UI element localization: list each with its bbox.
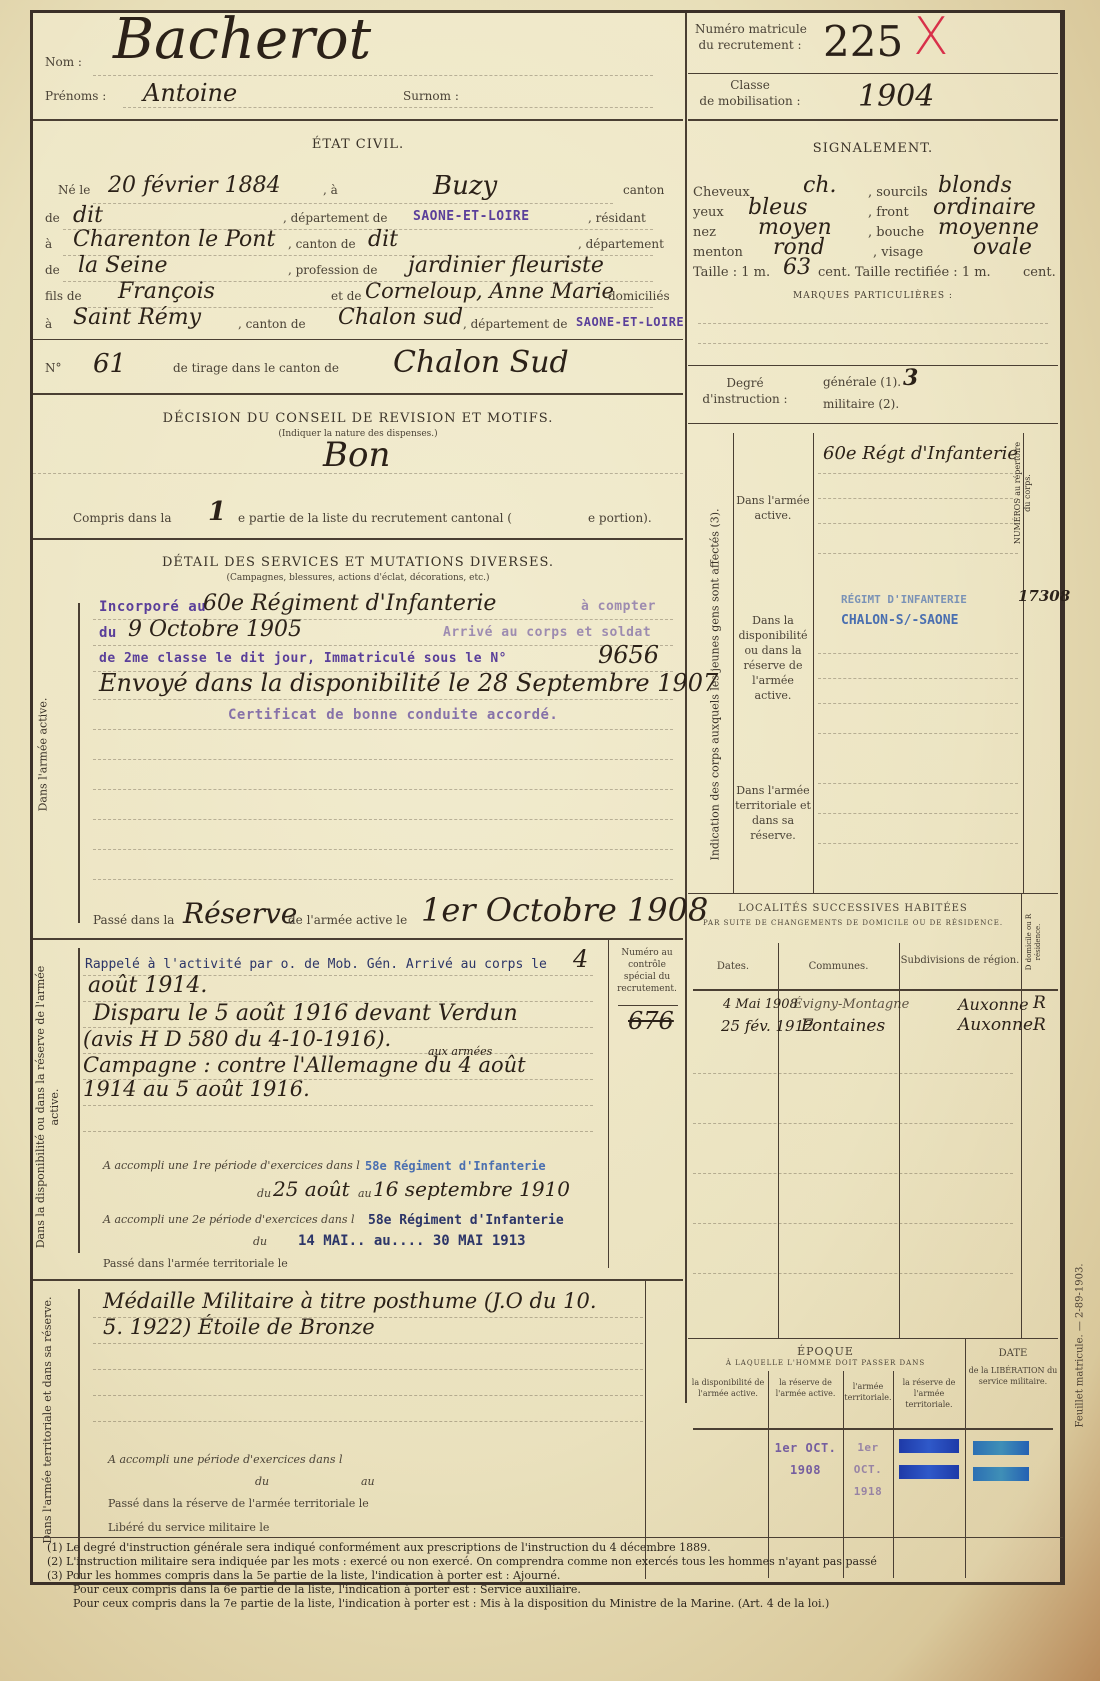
- service-line2-hw: 9 Octobre 1905: [128, 617, 302, 642]
- campagne-line2: 1914 au 5 août 1916.: [83, 1077, 310, 1101]
- instruction-label-2: d'instruction :: [695, 391, 795, 407]
- registre-matricule-sheet: Nom : Bacherot Prénoms : Antoine Surnom …: [30, 10, 1065, 1585]
- cent2-label: cent.: [1023, 265, 1056, 280]
- footnote-1: (1) Le degré d'instruction générale sera…: [47, 1541, 877, 1555]
- epoque-col-disponibilite: la disponibilité de l'armée active.: [688, 1377, 768, 1399]
- libere-label: Libéré du service militaire le: [108, 1521, 269, 1534]
- surnom-label: Surnom :: [403, 89, 459, 103]
- partie-value: 1: [208, 497, 226, 527]
- epoque-title: ÉPOQUE: [688, 1345, 963, 1358]
- redaction-bar: [973, 1467, 1029, 1481]
- instruction-generale-value: 3: [903, 365, 918, 391]
- localites-subtitle: PAR SUITE DE CHANGEMENTS DE DOMICILE OU …: [688, 919, 1018, 927]
- localites-title: LOCALITÉS SUCCESSIVES HABITÉES: [688, 903, 1018, 914]
- tirage-number: 61: [93, 349, 126, 379]
- footnote-2: (2) L'instruction militaire sera indiqué…: [47, 1555, 877, 1569]
- rappel-day: 4: [573, 945, 588, 973]
- nez-label: nez: [693, 225, 716, 240]
- corps-side-label: Indication des corps auxquels les jeunes…: [709, 475, 722, 895]
- passe-reserve-label: Passé dans la: [93, 913, 174, 927]
- no-label: N°: [45, 361, 62, 375]
- prenoms-label: Prénoms :: [45, 89, 106, 103]
- profession-value: jardinier fleuriste: [408, 253, 604, 278]
- periode2-stamp: 58e Régiment d'Infanterie: [368, 1213, 564, 1228]
- classe-label-2: de mobilisation :: [695, 93, 805, 109]
- departement3-stamp: SAONE-ET-LOIRE: [576, 315, 684, 329]
- corps-dispo-stamp-2: CHALON-S/-SAONE: [841, 613, 958, 628]
- service-line3-hw: 9656: [598, 641, 659, 669]
- service-line1-stamp-end: à compter: [581, 599, 656, 614]
- localite-subdivision: Auxonne: [958, 995, 1029, 1014]
- disparu-line: Disparu le 5 août 1916 devant Verdun: [93, 1001, 518, 1026]
- ne-le-label: Né le: [58, 183, 90, 197]
- side-label-territoriale: Dans l'armée territoriale et dans sa rés…: [41, 1295, 55, 1545]
- menton-label: menton: [693, 245, 743, 260]
- mother-name: Corneloup, Anne Marie: [365, 279, 614, 303]
- service-line2-stamp-end: Arrivé au corps et soldat: [443, 625, 651, 640]
- periode1-au: 16 septembre 1910: [373, 1177, 570, 1201]
- periode2-label: A accompli une 2e période d'exercices da…: [103, 1213, 355, 1226]
- corps-active-label: Dans l'armée active.: [733, 493, 813, 523]
- localites-col-communes: Communes.: [778, 961, 899, 972]
- birth-date: 20 février 1884: [108, 173, 281, 198]
- numero-controle-label: Numéro au contrôle spécial du recrutemen…: [611, 947, 683, 995]
- margin-print: Feuillet matricule. — 2-89-1903.: [1075, 1216, 1086, 1476]
- departement-stamp: SAONE-ET-LOIRE: [413, 209, 530, 224]
- matricule-label-2: du recrutement :: [695, 37, 805, 53]
- service-line2-stamp: du: [99, 625, 117, 641]
- footnote-3: (3) Pour les hommes compris dans la 5e p…: [47, 1569, 877, 1583]
- taille-cm: 63: [783, 255, 811, 280]
- periode1-du-label: du: [257, 1187, 271, 1200]
- decision-title: DÉCISION DU CONSEIL DE REVISION ET MOTIF…: [33, 411, 683, 426]
- periode1-label: A accompli une 1re période d'exercices d…: [103, 1159, 360, 1172]
- corps-active-value: 60e Régt d'Infanterie: [823, 443, 1018, 464]
- passe-reserve-hw: Réserve: [183, 897, 297, 930]
- fils-de-label: fils de: [45, 289, 82, 303]
- territoriale-periode-label: A accompli une période d'exercices dans …: [108, 1453, 343, 1466]
- epoque-col-territoriale: l'armée territoriale.: [843, 1381, 893, 1403]
- yeux-label: yeux: [693, 205, 724, 220]
- matricule-red-mark: X: [913, 7, 949, 67]
- periode2-dates: 14 MAI.. au.... 30 MAI 1913: [298, 1233, 526, 1249]
- nom-label: Nom :: [45, 55, 82, 69]
- matricule-label-1: Numéro matricule: [695, 21, 805, 37]
- cent-label: cent. Taille rectifiée : 1 m.: [818, 265, 991, 280]
- date-liberation-title: DATE: [968, 1348, 1058, 1359]
- classe-label-1: Classe: [695, 77, 805, 93]
- cheveux-label: Cheveux: [693, 185, 750, 200]
- prenoms-value: Antoine: [143, 79, 237, 107]
- redaction-bar: [899, 1465, 959, 1479]
- tirage-label: de tirage dans le canton de: [173, 361, 339, 375]
- footnote-4: Pour ceux compris dans la 6e partie de l…: [47, 1583, 877, 1597]
- corps-territoriale-label: Dans l'armée territoriale et dans sa rés…: [733, 783, 813, 843]
- rappel-stamp: Rappelé à l'activité par o. de Mob. Gén.…: [85, 957, 547, 972]
- canton3-value: Chalon sud: [338, 305, 463, 330]
- signalement-title: SIGNALEMENT.: [688, 141, 1058, 156]
- service-line5-stamp: Certificat de bonne conduite accordé.: [228, 707, 558, 723]
- taille-label: Taille : 1 m.: [693, 265, 770, 280]
- periode1-du: 25 août: [273, 1177, 350, 1201]
- footnote-5: Pour ceux compris dans la 7e partie de l…: [47, 1597, 877, 1611]
- cheveux-value: ch.: [803, 173, 836, 198]
- departement2-prefix: de: [45, 263, 60, 277]
- territoriale-au-label: au: [361, 1475, 375, 1488]
- localite-date: 4 Mai 1908: [723, 997, 798, 1012]
- passe-reserve-date: 1er Octobre 1908: [421, 891, 708, 929]
- tirage-canton: Chalon Sud: [393, 345, 569, 380]
- epoque-subtitle: À LAQUELLE L'HOMME DOIT PASSER DANS: [688, 1359, 963, 1367]
- side-label-disponibilite: Dans la disponibilité ou dans la réserve…: [34, 957, 62, 1257]
- rappel-date: août 1914.: [88, 973, 207, 998]
- canton-prefix: de: [45, 211, 60, 225]
- domicile: Saint Rémy: [73, 305, 201, 330]
- epoque-col-reserve-active: la réserve de l'armée active.: [768, 1377, 843, 1399]
- front-label: , front: [868, 205, 909, 220]
- service-line1-stamp: Incorporé au: [99, 599, 206, 615]
- passe-territoriale-label: Passé dans l'armée territoriale le: [103, 1257, 288, 1270]
- redaction-bar: [973, 1441, 1029, 1455]
- partie-label: e partie de la liste du recrutement cant…: [238, 511, 512, 525]
- instruction-generale-label: générale (1).: [823, 375, 901, 389]
- residence: Charenton le Pont: [73, 227, 275, 252]
- numeros-repertoire-label: NUMÉROS au répertoire du corps.: [1013, 438, 1033, 548]
- et-de-label: et de: [331, 289, 362, 303]
- territoriale-reserve-label: Passé dans la réserve de l'armée territo…: [108, 1497, 369, 1510]
- matricule-value: 225: [823, 17, 903, 66]
- periode1-au-label: au: [358, 1187, 372, 1200]
- territoriale-du-label: du: [255, 1475, 269, 1488]
- visage-label: , visage: [873, 245, 923, 260]
- departement3-label: , département de: [463, 317, 568, 331]
- localite-date: 25 fév. 1912: [721, 1017, 814, 1035]
- profession-label: , profession de: [288, 263, 378, 277]
- services-subtitle: (Campagnes, blessures, actions d'éclat, …: [33, 573, 683, 583]
- date-liberation-sub: de la LIBÉRATION du service militaire.: [968, 1365, 1058, 1387]
- departement-label: , département de: [283, 211, 388, 225]
- campagne-line: Campagne : contre l'Allemagne du 4 août: [83, 1053, 526, 1077]
- passe-reserve-label2: de l'armée active le: [288, 913, 407, 927]
- localites-col-subdivisions: Subdivisions de région.: [899, 955, 1021, 967]
- medaille-line2: 5. 1922) Étoile de Bronze: [103, 1315, 375, 1339]
- portion-label: e portion).: [588, 511, 652, 525]
- corps-dispo-label: Dans la disponibilité ou dans la réserve…: [733, 613, 813, 703]
- decision-value: Bon: [323, 435, 390, 475]
- canton-label: canton: [623, 183, 664, 197]
- departement2-label: , département: [578, 237, 664, 251]
- birth-place: Buzy: [433, 171, 497, 201]
- periode2-du-label: du: [253, 1235, 267, 1248]
- nom-value: Bacherot: [113, 7, 371, 72]
- canton2-label: , canton de: [288, 237, 356, 251]
- epoque-col-reserve-territoriale: la réserve de l'armée territoriale.: [893, 1377, 965, 1410]
- residant-label: , résidant: [588, 211, 646, 225]
- localite-type: R: [1033, 1015, 1046, 1035]
- numero-repertoire-value: 17308: [1018, 587, 1070, 605]
- medaille-line1: Médaille Militaire à titre posthume (J.O…: [103, 1289, 597, 1313]
- localite-subdivision: Auxonne: [958, 1015, 1033, 1035]
- localites-col-type: D domicile ou R résidence.: [1025, 907, 1043, 977]
- localite-commune: Fontaines: [801, 1016, 885, 1036]
- epoque-reserve-active-value: 1er OCT. 1908: [768, 1437, 843, 1481]
- classe-value: 1904: [858, 79, 934, 114]
- instruction-militaire-label: militaire (2).: [823, 397, 899, 411]
- compris-label: Compris dans la: [73, 511, 172, 525]
- canton2-value: dit: [368, 227, 398, 252]
- canton3-label: , canton de: [238, 317, 306, 331]
- redaction-bar: [899, 1439, 959, 1453]
- a-label: , à: [323, 183, 338, 197]
- service-line1-hw: 60e Régiment d'Infanterie: [203, 591, 496, 616]
- canton-value: dit: [73, 203, 103, 228]
- etat-civil-title: ÉTAT CIVIL.: [33, 137, 683, 152]
- service-line3-stamp: de 2me classe le dit jour, Immatriculé s…: [99, 651, 507, 666]
- domicile-prefix: à: [45, 317, 52, 331]
- father-name: François: [118, 279, 215, 304]
- departement2-value: la Seine: [78, 253, 167, 278]
- instruction-label-1: Degré: [695, 375, 795, 391]
- corps-dispo-stamp-1: RÉGIMT D'INFANTERIE: [841, 593, 967, 606]
- localites-col-dates: Dates.: [688, 961, 778, 972]
- side-label-active: Dans l'armée active.: [37, 655, 50, 855]
- visage-value: ovale: [973, 235, 1032, 260]
- residence-prefix: à: [45, 237, 52, 251]
- avis-line: (avis H D 580 du 4-10-1916).: [83, 1027, 391, 1051]
- epoque-territoriale-value: 1er OCT. 1918: [843, 1437, 893, 1503]
- numero-controle-value: 676: [628, 1007, 674, 1035]
- domicilies-label: domiciliés: [608, 289, 670, 303]
- periode1-stamp: 58e Régiment d'Infanterie: [365, 1159, 546, 1173]
- marques-label: MARQUES PARTICULIÈRES :: [688, 291, 1058, 301]
- sourcils-label: , sourcils: [868, 185, 928, 200]
- services-title: DÉTAIL DES SERVICES ET MUTATIONS DIVERSE…: [33, 555, 683, 570]
- bouche-label: , bouche: [868, 225, 924, 240]
- localite-commune: Évigny-Montagne: [793, 997, 909, 1012]
- localite-type: R: [1033, 993, 1046, 1013]
- service-line4-hw: Envoyé dans la disponibilité le 28 Septe…: [99, 669, 718, 697]
